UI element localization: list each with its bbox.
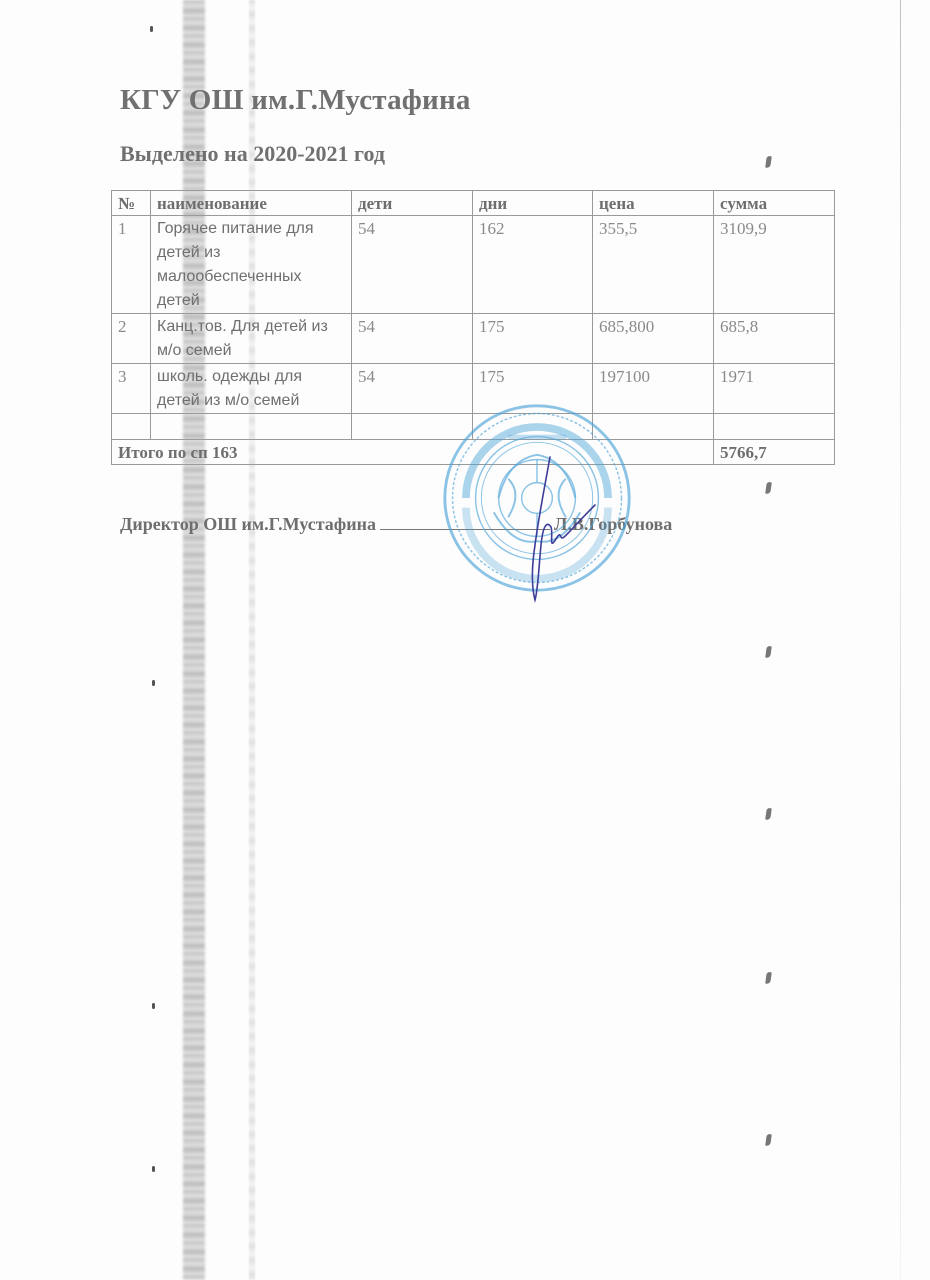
header-days: дни [473, 191, 593, 216]
cell-name: Горячее питание для детей из малообеспеч… [151, 216, 352, 314]
cell-name: школь. одежды для детей из м/о семей [151, 364, 352, 414]
scan-speck [152, 1166, 155, 1172]
cell-sum: 3109,9 [714, 216, 835, 314]
cell-sum: 685,8 [714, 314, 835, 364]
scan-speck [765, 646, 772, 659]
cell-price: 685,800 [593, 314, 714, 364]
scanned-document-page: КГУ ОШ им.Г.Мустафина Выделено на 2020-2… [0, 0, 930, 1280]
scan-edge-line [900, 0, 901, 1280]
header-children: дети [352, 191, 473, 216]
scan-speck [765, 156, 772, 169]
signatory-position: Директор ОШ им.Г.Мустафина [120, 514, 376, 534]
table-row: 1 Горячее питание для детей из малообесп… [112, 216, 835, 314]
cell-children: 54 [352, 216, 473, 314]
header-price: цена [593, 191, 714, 216]
scan-speck [150, 26, 153, 32]
table-row: 2 Канц.тов. Для детей из м/о семей 54 17… [112, 314, 835, 364]
cell-sum: 1971 [714, 364, 835, 414]
document-subtitle: Выделено на 2020-2021 год [120, 141, 385, 167]
scan-speck [152, 680, 155, 686]
document-title: КГУ ОШ им.Г.Мустафина [120, 84, 471, 117]
handwritten-signature-icon [505, 455, 605, 605]
cell-days: 162 [473, 216, 593, 314]
scan-speck [765, 808, 772, 821]
scan-speck [765, 482, 772, 495]
scan-speck [765, 1134, 772, 1147]
scan-speck [765, 972, 772, 985]
cell-children: 54 [352, 314, 473, 364]
cell-name: Канц.тов. Для детей из м/о семей [151, 314, 352, 364]
cell-number: 2 [112, 314, 151, 364]
cell-price: 355,5 [593, 216, 714, 314]
scan-speck [152, 1003, 155, 1009]
header-name: наименование [151, 191, 352, 216]
header-sum: сумма [714, 191, 835, 216]
cell-number: 1 [112, 216, 151, 314]
total-sum: 5766,7 [714, 440, 835, 465]
cell-number: 3 [112, 364, 151, 414]
table-header-row: № наименование дети дни цена сумма [112, 191, 835, 216]
cell-days: 175 [473, 314, 593, 364]
header-number: № [112, 191, 151, 216]
